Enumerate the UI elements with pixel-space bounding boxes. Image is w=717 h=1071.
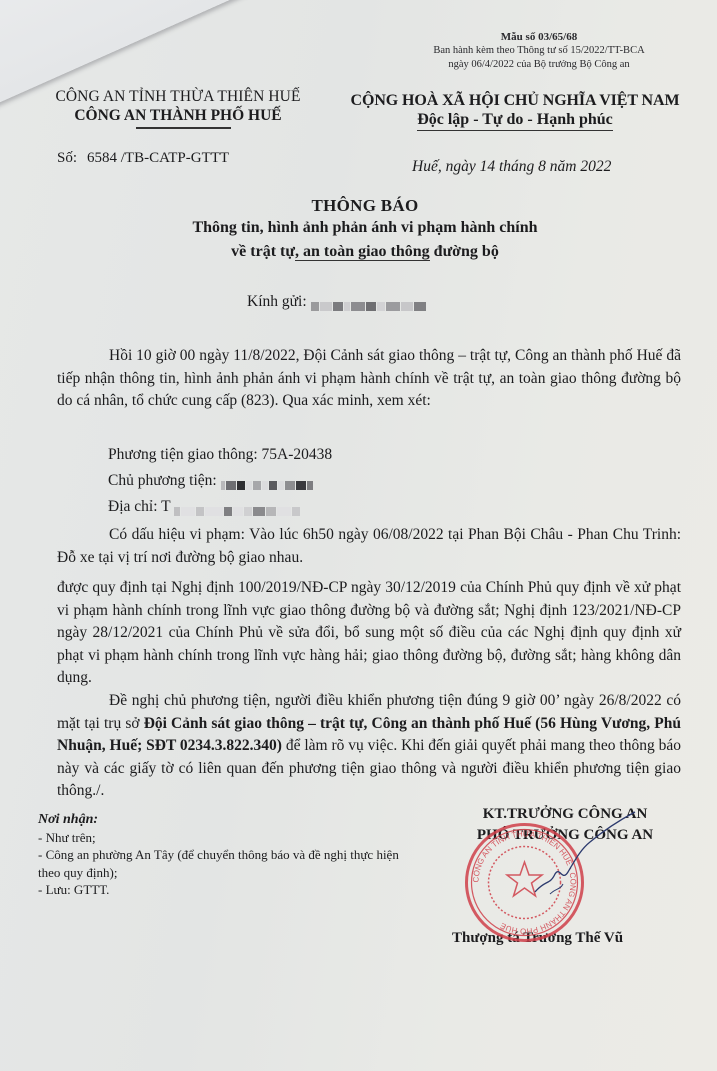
recipients-block: Nơi nhận: - Như trên; - Công an phường A… (38, 811, 418, 899)
recipient-label: Kính gửi: (247, 293, 307, 310)
title-subtitle: về trật tự, an toàn giao thông đường bộ (150, 240, 580, 264)
recipient-item: - Lưu: GTTT. (38, 881, 418, 899)
form-note: Mẫu số 03/65/68 Ban hành kèm theo Thông … (409, 30, 669, 72)
title-heading: THÔNG BÁO (150, 196, 580, 216)
subtitle-part: về trật tự (231, 243, 295, 260)
issuer-unit: CÔNG AN THÀNH PHỐ HUẾ (28, 107, 328, 125)
recipients-heading: Nơi nhận: (38, 811, 418, 829)
owner-label: Chủ phương tiện: (108, 472, 217, 489)
handwritten-signature-icon (530, 810, 640, 900)
recipient-item: - Như trên; (38, 829, 418, 847)
subtitle-part-underlined: , an toàn giao thông (295, 243, 430, 261)
recipient-item: - Công an phường An Tây (để chuyển thông… (38, 846, 418, 881)
national-header: CỘNG HOÀ XÃ HỘI CHỦ NGHĨA VIỆT NAM Độc l… (335, 92, 695, 131)
address-label: Địa chỉ: T (108, 498, 170, 515)
redacted-owner-name (221, 476, 314, 486)
national-motto: Độc lập - Tự do - Hạnh phúc (417, 111, 613, 131)
request-paragraph: Đề nghị chủ phương tiện, người điều khiể… (57, 690, 681, 803)
title-subtitle: Thông tin, hình ảnh phản ánh vi phạm hàn… (150, 216, 580, 240)
document-number: Số:6584 /TB-CATP-GTTT (57, 150, 239, 167)
vehicle-owner: Chủ phương tiện: (108, 472, 314, 490)
subtitle-part: đường bộ (430, 243, 499, 260)
form-note-line: ngày 06/4/2022 của Bộ trưởng Bộ Công an (409, 58, 669, 72)
legal-basis-paragraph: được quy định tại Nghị định 100/2019/NĐ-… (57, 577, 681, 690)
issuer-header: CÔNG AN TỈNH THỪA THIÊN HUẾ CÔNG AN THÀN… (28, 88, 328, 129)
owner-address: Địa chỉ: T (108, 498, 301, 516)
notice-title: THÔNG BÁO Thông tin, hình ảnh phản ánh v… (150, 196, 580, 264)
intro-paragraph: Hồi 10 giờ 00 ngày 11/8/2022, Đội Cảnh s… (57, 345, 681, 413)
redacted-recipient-name (311, 297, 427, 307)
issue-date: Huế, ngày 14 tháng 8 năm 2022 (412, 158, 611, 176)
redacted-address (174, 502, 301, 512)
violation-paragraph: Có dấu hiệu vi phạm: Vào lúc 6h50 ngày 0… (57, 524, 681, 569)
issuer-parent: CÔNG AN TỈNH THỪA THIÊN HUẾ (28, 88, 328, 106)
country-name: CỘNG HOÀ XÃ HỘI CHỦ NGHĨA VIỆT NAM (335, 92, 695, 110)
header-underline (136, 127, 231, 129)
form-note-line: Ban hành kèm theo Thông tư số 15/2022/TT… (409, 44, 669, 58)
form-number: Mẫu số 03/65/68 (409, 30, 669, 44)
document-number-value: 6584 /TB-CATP-GTTT (87, 150, 229, 166)
vehicle-plate: Phương tiện giao thông: 75A-20438 (108, 446, 332, 464)
document-number-label: Số: (57, 150, 77, 166)
recipient-line: Kính gửi: (247, 293, 427, 311)
